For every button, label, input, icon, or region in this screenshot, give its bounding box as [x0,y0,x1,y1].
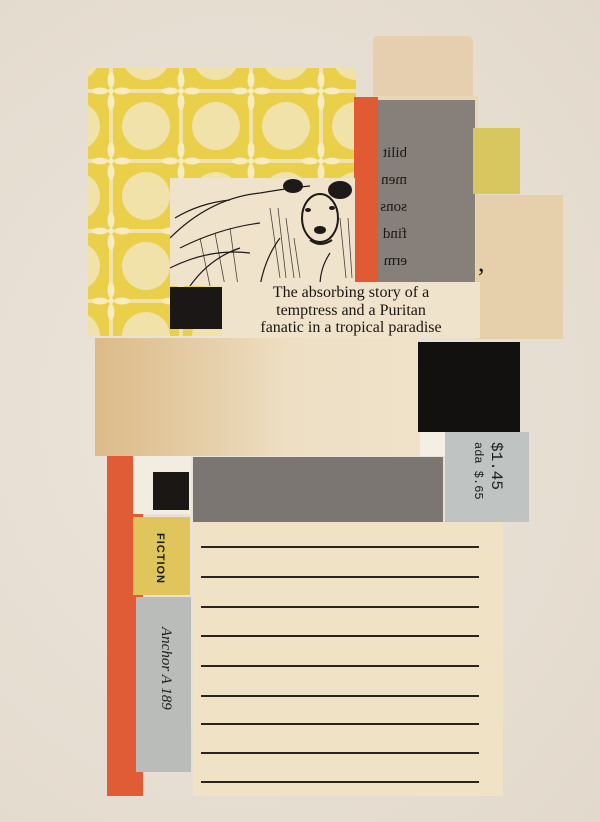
ruled-line [201,695,479,697]
chartreuse-square [473,128,520,194]
mirrored-word: erm [380,248,407,275]
ruled-line [201,576,479,578]
ruled-line [201,606,479,608]
price-tag: $1.45 ada $.65 [445,432,529,522]
blurb-line: The absorbing story of a [222,284,480,302]
book-blurb-slip: The absorbing story of a temptress and a… [222,282,480,338]
lion-engraving [170,178,355,286]
aged-beige-band [95,338,420,456]
blurb-line: temptress and a Puritan [222,302,480,320]
black-painted-block [418,342,520,432]
comma-glyph: , [478,248,485,278]
mirrored-word: find [380,221,407,248]
mirrored-word: sons [380,194,407,221]
gray-paper-strip: bilit men sons find erm [377,100,475,282]
ruled-line [201,635,479,637]
fiction-label: FICTION [133,517,190,595]
ruled-line [201,752,479,754]
genre-text: FICTION [154,533,166,584]
mirrored-word: bilit [380,140,407,167]
mirrored-text: bilit men sons find erm [380,140,407,275]
publisher-text: Anchor A 189 [157,627,174,710]
ruled-line [201,781,479,783]
tan-paper-right [476,195,563,339]
black-square-brushed [153,472,189,510]
ruled-line [201,665,479,667]
lion-illustration-icon [170,178,355,286]
gray-paper-band [193,457,443,522]
ruled-index-card [193,522,503,796]
black-square-small [170,287,222,329]
blurb-line: fanatic in a tropical paradise [222,319,480,337]
mirrored-word: men [380,167,407,194]
price-canada: ada $.65 [471,442,485,500]
ruled-line [201,723,479,725]
red-orange-strip-top [354,97,378,282]
ruled-line [201,546,479,548]
price-main: $1.45 [487,442,505,490]
white-paper-square [420,432,445,456]
publisher-label: Anchor A 189 [136,597,191,772]
